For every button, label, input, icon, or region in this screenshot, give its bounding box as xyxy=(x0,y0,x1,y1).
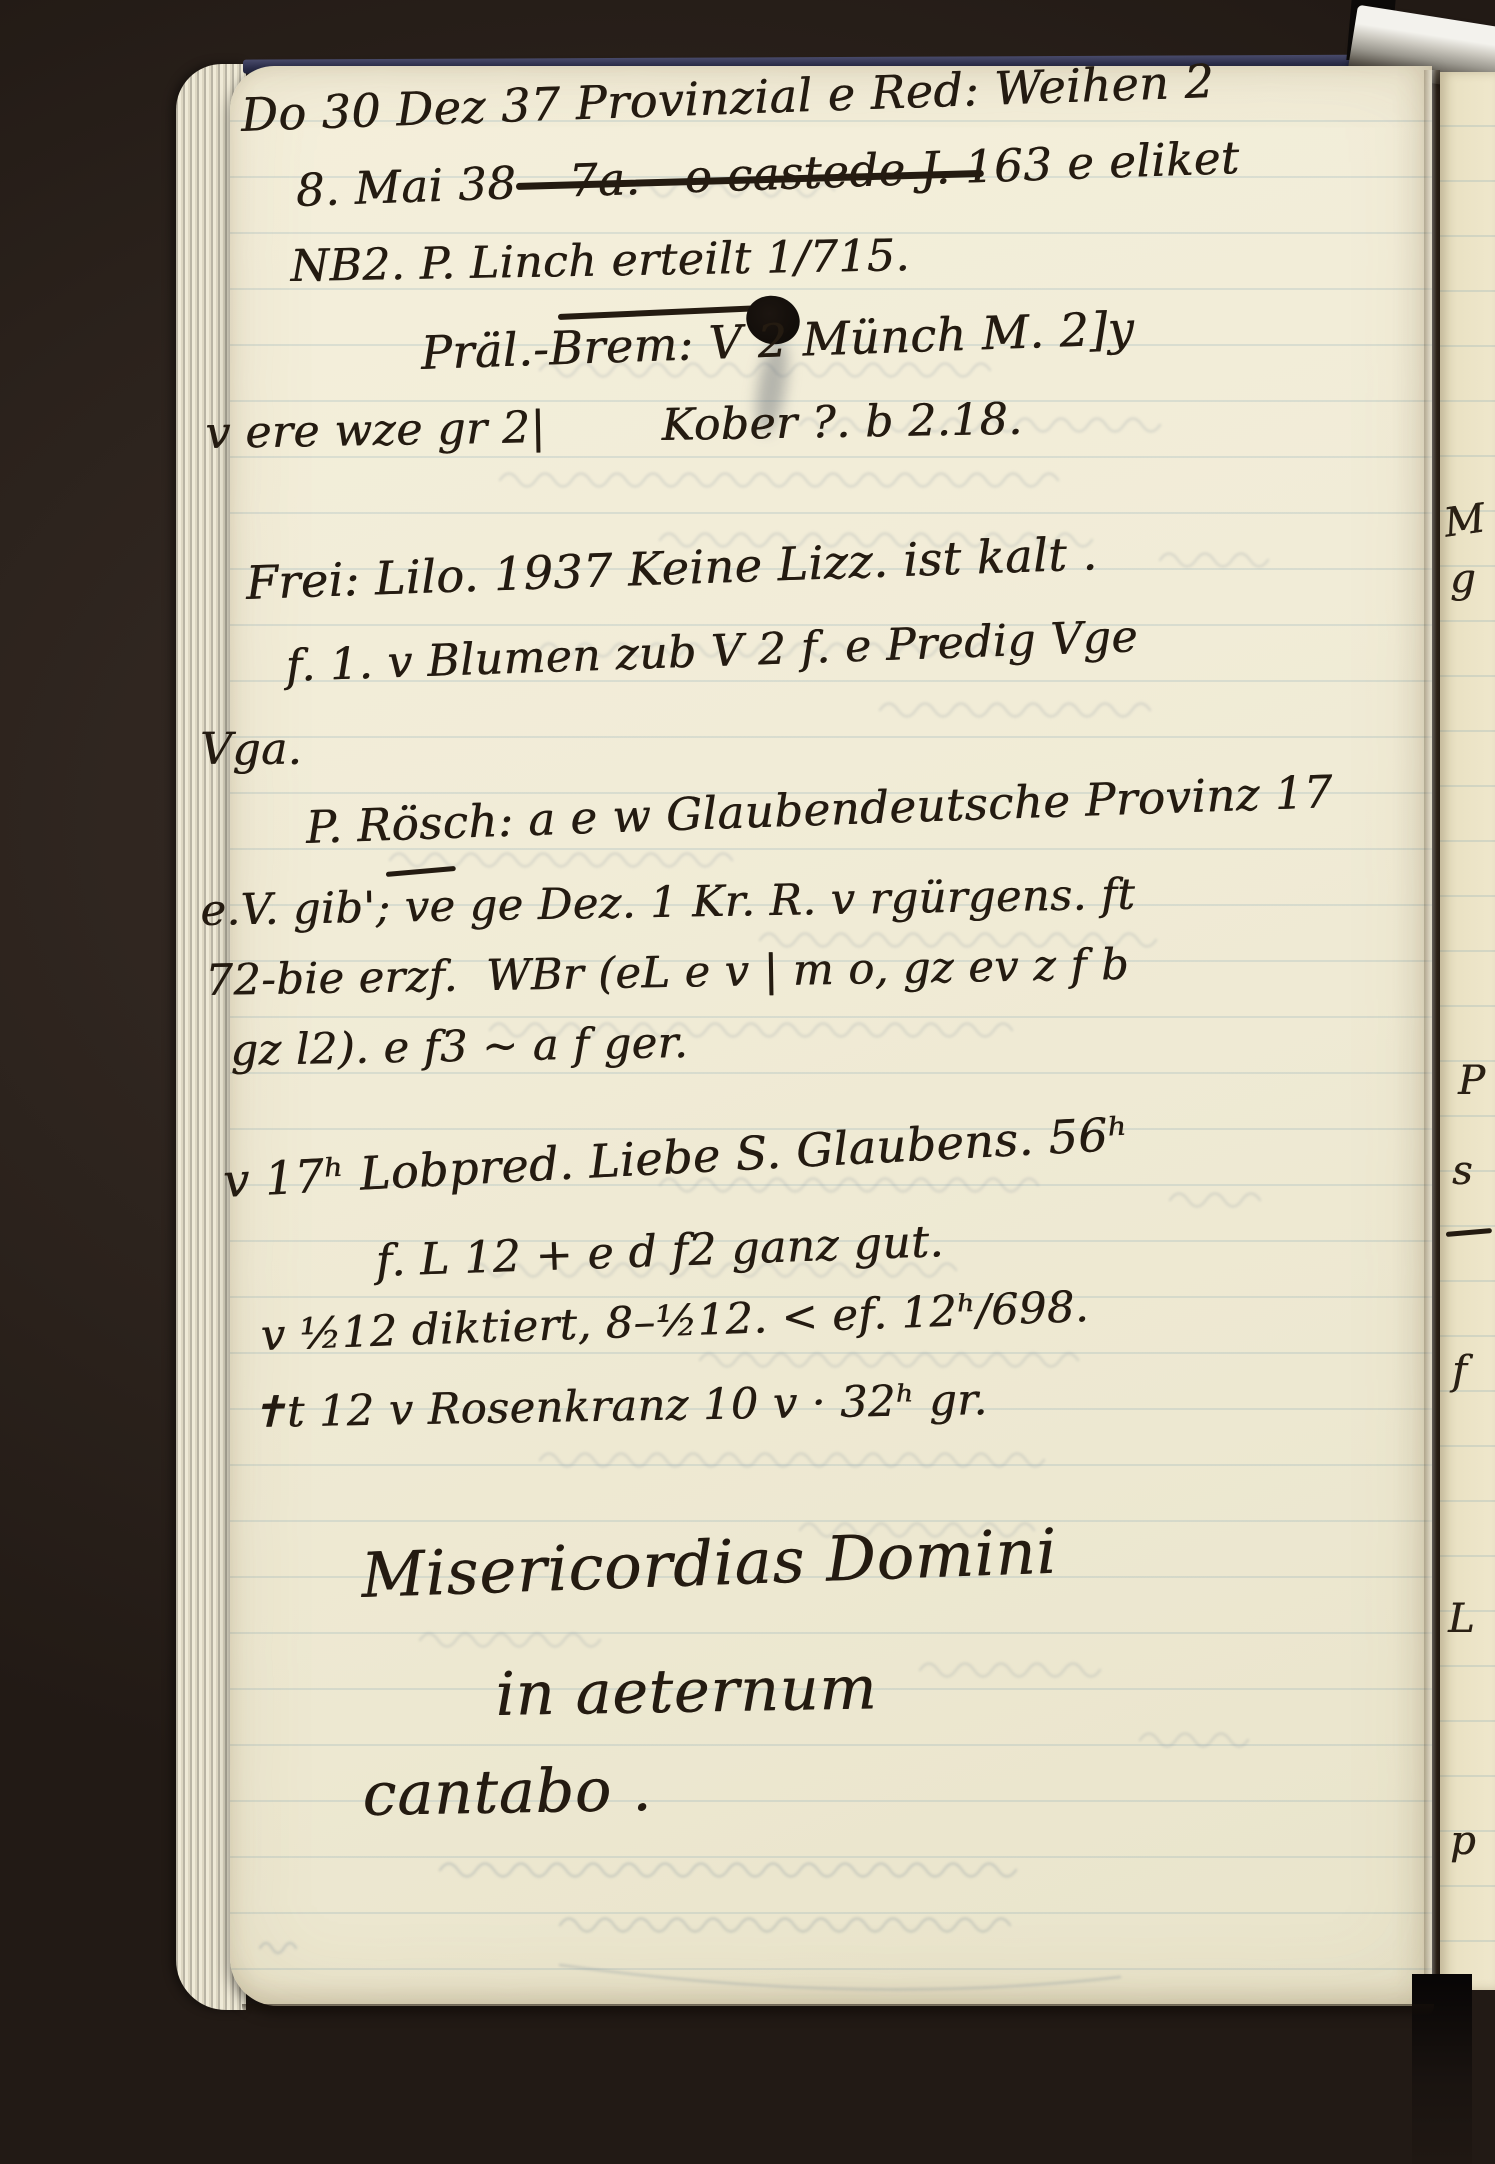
page-bottom-shadow xyxy=(242,2004,1434,2016)
facing-page-fragment-3: P xyxy=(1458,1058,1485,1104)
bottom-right-gap-shadow xyxy=(1412,1974,1472,2164)
facing-page-fragment-2: g xyxy=(1450,556,1476,602)
handwriting-line-8: Vga. xyxy=(200,728,302,772)
facing-page-fragment-4: s xyxy=(1452,1148,1473,1194)
facing-page-sliver xyxy=(1440,72,1495,1990)
facing-page-fragment-6: L xyxy=(1448,1596,1475,1642)
notebook-photo-scene: Do 30 Dez 37 Provinzial e Red: Weihen 2 … xyxy=(0,0,1495,2164)
facing-page-fragment-1: M xyxy=(1441,495,1488,546)
latin-quote-line-2: in aeternum xyxy=(495,1658,878,1725)
handwriting-line-3: NB2. P. Linch erteilt 1/715. xyxy=(290,234,910,289)
facing-page-fragment-7: p xyxy=(1450,1818,1476,1864)
facing-page-fragment-5: f xyxy=(1452,1348,1467,1394)
handwriting-line-16: ✝t 12 v Rosenkranz 10 v · 32ʰ gr. xyxy=(250,1379,988,1435)
latin-quote-line-3: cantabo . xyxy=(362,1760,653,1825)
handwriting-line-12: gz l2). e f3 ~ a f ger. xyxy=(230,1022,688,1073)
